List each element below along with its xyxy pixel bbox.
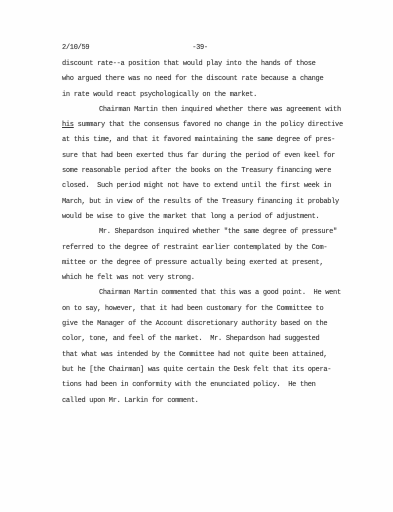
text-line: would be wise to give the market that lo… [62,210,362,225]
text-line: give the Manager of the Account discreti… [62,317,362,332]
text-line: called upon Mr. Larkin for comment. [62,394,362,409]
text-line: discount rate--a position that would pla… [62,57,362,72]
text-line: which he felt was not very strong. [62,271,362,286]
text-line: Chairman Martin commented that this was … [62,286,362,301]
date-label: 2/10/59 [62,44,89,52]
text-line: at this time, and that it favored mainta… [62,133,362,148]
text-line: tions had been in conformity with the en… [62,378,362,393]
text-line: on to say, however, that it had been cus… [62,302,362,317]
text-line: in rate would react psychologically on t… [62,88,362,103]
text-line: Mr. Shepardson inquired whether "the sam… [62,225,362,240]
text-line: mittee or the degree of pressure actuall… [62,256,362,271]
text-line: his summary that the consensus favored n… [62,118,362,133]
document-body: discount rate--a position that would pla… [62,57,362,409]
page-number: -39- [192,44,208,52]
page-header: 2/10/59 -39- [0,44,393,56]
document-page: 2/10/59 -39- discount rate--a position t… [0,0,393,512]
text-line: Chairman Martin then inquired whether th… [62,103,362,118]
text-line: that what was intended by the Committee … [62,348,362,363]
text-line: but he [the Chairman] was quite certain … [62,363,362,378]
text-line: referred to the degree of restraint earl… [62,241,362,256]
text-line: color, tone, and feel of the market. Mr.… [62,332,362,347]
text-line: closed. Such period might not have to ex… [62,179,362,194]
text-line: sure that had been exerted thus far duri… [62,149,362,164]
text-line: some reasonable period after the books o… [62,164,362,179]
text-line: who argued there was no need for the dis… [62,72,362,87]
text-line: March, but in view of the results of the… [62,195,362,210]
